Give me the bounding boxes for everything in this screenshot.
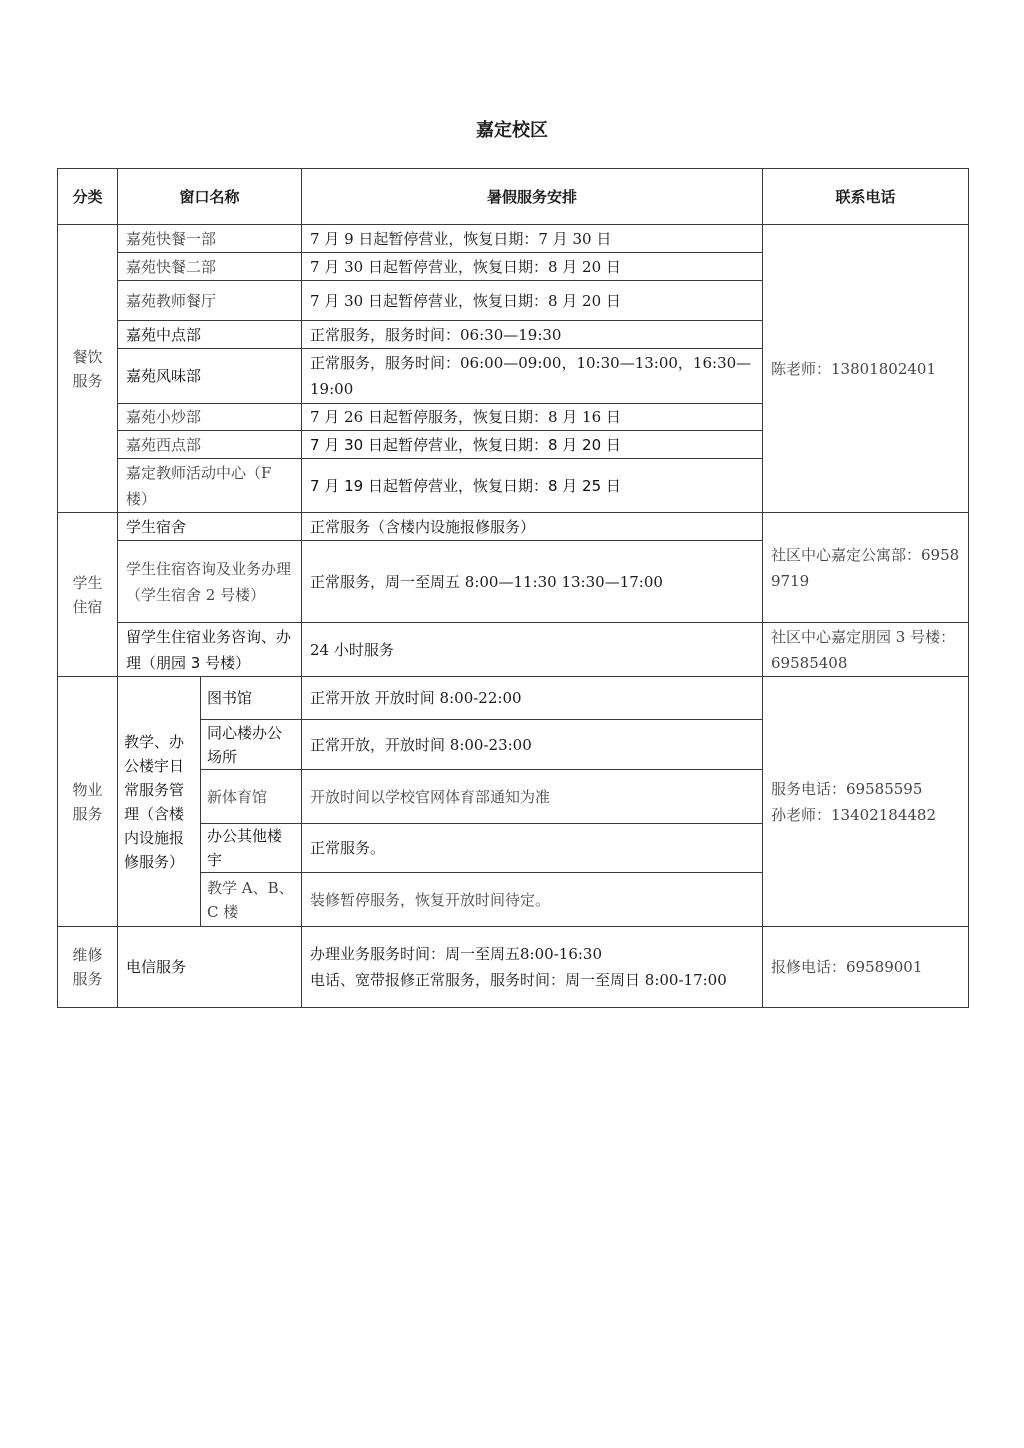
arrangement: 正常开放 开放时间 8:00-22:00 (302, 677, 763, 720)
window-name: 嘉苑小炒部 (118, 404, 302, 431)
arrangement: 24 小时服务 (302, 623, 763, 677)
window-name: 学生宿舍 (118, 513, 302, 541)
window-name: 同心楼办公场所 (201, 720, 302, 770)
window-name: 教学 A、B、C 楼 (201, 873, 302, 927)
arrangement: 正常服务。 (302, 824, 763, 873)
arrangement: 7 月 30 日起暂停营业，恢复日期：8 月 20 日 (302, 431, 763, 459)
category-property: 物业服务 (58, 677, 118, 927)
window-name: 留学生住宿业务咨询、办理（朋园 3 号楼） (118, 623, 302, 677)
contact-service-phone: 服务电话：69585595 (771, 776, 960, 802)
arrangement: 办理业务服务时间：周一至周五8:00-16:30 电话、宽带报修正常服务，服务时… (302, 927, 763, 1008)
header-arrangement: 暑假服务安排 (302, 169, 763, 225)
window-name: 图书馆 (201, 677, 302, 720)
window-name: 嘉苑西点部 (118, 431, 302, 459)
category-repair: 维修服务 (58, 927, 118, 1008)
table-header-row: 分类 窗口名称 暑假服务安排 联系电话 (58, 169, 969, 225)
service-schedule-table: 分类 窗口名称 暑假服务安排 联系电话 餐饮服务 嘉苑快餐一部 7 月 9 日起… (57, 168, 969, 1008)
window-name: 嘉苑风味部 (118, 349, 302, 404)
contact-property: 服务电话：69585595 孙老师：13402184482 (763, 677, 969, 927)
arrangement: 正常服务，周一至周五 8:00—11:30 13:30—17:00 (302, 541, 763, 623)
arrangement: 正常开放，开放时间 8:00-23:00 (302, 720, 763, 770)
contact-housing: 社区中心嘉定公寓部：69589719 (763, 513, 969, 623)
contact-sun: 孙老师：13402184482 (771, 802, 960, 828)
contact-international-housing: 社区中心嘉定朋园 3 号楼：69585408 (763, 623, 969, 677)
table-row: 学生住宿 学生宿舍 正常服务（含楼内设施报修服务） 社区中心嘉定公寓部：6958… (58, 513, 969, 541)
contact-repair: 报修电话：69589001 (763, 927, 969, 1008)
window-name: 办公其他楼宇 (201, 824, 302, 873)
window-name: 嘉苑快餐二部 (118, 253, 302, 281)
table-row: 维修服务 电信服务 办理业务服务时间：周一至周五8:00-16:30 电话、宽带… (58, 927, 969, 1008)
arrangement: 7 月 9 日起暂停营业，恢复日期：7 月 30 日 (302, 225, 763, 253)
window-name: 学生住宿咨询及业务办理（学生宿舍 2 号楼） (118, 541, 302, 623)
arrangement: 7 月 19 日起暂停营业，恢复日期：8 月 25 日 (302, 459, 763, 513)
category-housing: 学生住宿 (58, 513, 118, 677)
arrangement: 装修暂停服务，恢复开放时间待定。 (302, 873, 763, 927)
header-window: 窗口名称 (118, 169, 302, 225)
table-row: 留学生住宿业务咨询、办理（朋园 3 号楼） 24 小时服务 社区中心嘉定朋园 3… (58, 623, 969, 677)
table-row: 物业服务 教学、办公楼宇日常服务管理（含楼内设施报修服务） 图书馆 正常开放 开… (58, 677, 969, 720)
header-phone: 联系电话 (763, 169, 969, 225)
arrangement-line: 办理业务服务时间：周一至周五8:00-16:30 (310, 941, 754, 967)
window-name: 嘉苑中点部 (118, 321, 302, 349)
category-dining: 餐饮服务 (58, 225, 118, 513)
arrangement-line: 电话、宽带报修正常服务，服务时间：周一至周日 8:00-17:00 (310, 967, 754, 993)
table-row: 餐饮服务 嘉苑快餐一部 7 月 9 日起暂停营业，恢复日期：7 月 30 日 陈… (58, 225, 969, 253)
property-group: 教学、办公楼宇日常服务管理（含楼内设施报修服务） (118, 677, 201, 927)
arrangement: 7 月 30 日起暂停营业，恢复日期：8 月 20 日 (302, 253, 763, 281)
arrangement: 正常服务（含楼内设施报修服务） (302, 513, 763, 541)
arrangement: 开放时间以学校官网体育部通知为准 (302, 770, 763, 824)
window-name: 嘉定教师活动中心（F楼） (118, 459, 302, 513)
arrangement: 正常服务，服务时间：06:30—19:30 (302, 321, 763, 349)
window-name: 新体育馆 (201, 770, 302, 824)
header-category: 分类 (58, 169, 118, 225)
window-name: 嘉苑教师餐厅 (118, 281, 302, 321)
window-name: 电信服务 (118, 927, 302, 1008)
page-title: 嘉定校区 (0, 116, 1024, 142)
arrangement: 7 月 26 日起暂停服务，恢复日期：8 月 16 日 (302, 404, 763, 431)
arrangement: 正常服务，服务时间：06:00—09:00，10:30—13:00，16:30—… (302, 349, 763, 404)
window-name: 嘉苑快餐一部 (118, 225, 302, 253)
arrangement: 7 月 30 日起暂停营业，恢复日期：8 月 20 日 (302, 281, 763, 321)
contact-dining: 陈老师：13801802401 (763, 225, 969, 513)
